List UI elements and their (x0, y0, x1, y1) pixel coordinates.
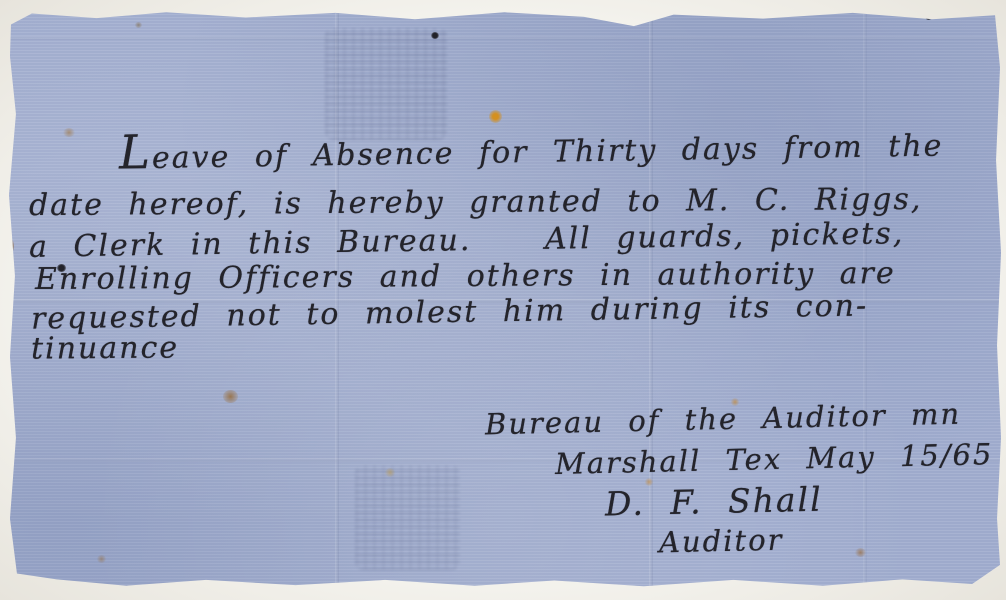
ink-speck (925, 14, 932, 20)
stain (7, 238, 14, 254)
stain (223, 390, 238, 403)
signature-place-date-line: Marshall Tex May 15/65 (555, 437, 994, 481)
signature-title-line: Auditor (659, 523, 784, 560)
signature-name-line: D. F. Shall (605, 480, 823, 524)
signature-office-line: Bureau of the Auditor mn (485, 397, 962, 442)
body-line: date hereof, is hereby granted to M. C. … (29, 182, 923, 223)
scan-background: Leave of Absence for Thirty days from th… (0, 0, 1006, 600)
stain (63, 128, 75, 137)
ink-bleedthrough-patch (355, 465, 460, 570)
stain (489, 110, 502, 123)
body-line: Leave of Absence for Thirty days from th… (119, 122, 944, 177)
horizontal-fold-crease (7, 36, 1002, 40)
ink-bleedthrough-patch (325, 28, 447, 140)
letter-paper: Leave of Absence for Thirty days from th… (7, 10, 1002, 588)
body-line: tinuance (31, 330, 179, 366)
stain (135, 22, 142, 28)
stain (855, 548, 866, 557)
stain (97, 555, 106, 563)
